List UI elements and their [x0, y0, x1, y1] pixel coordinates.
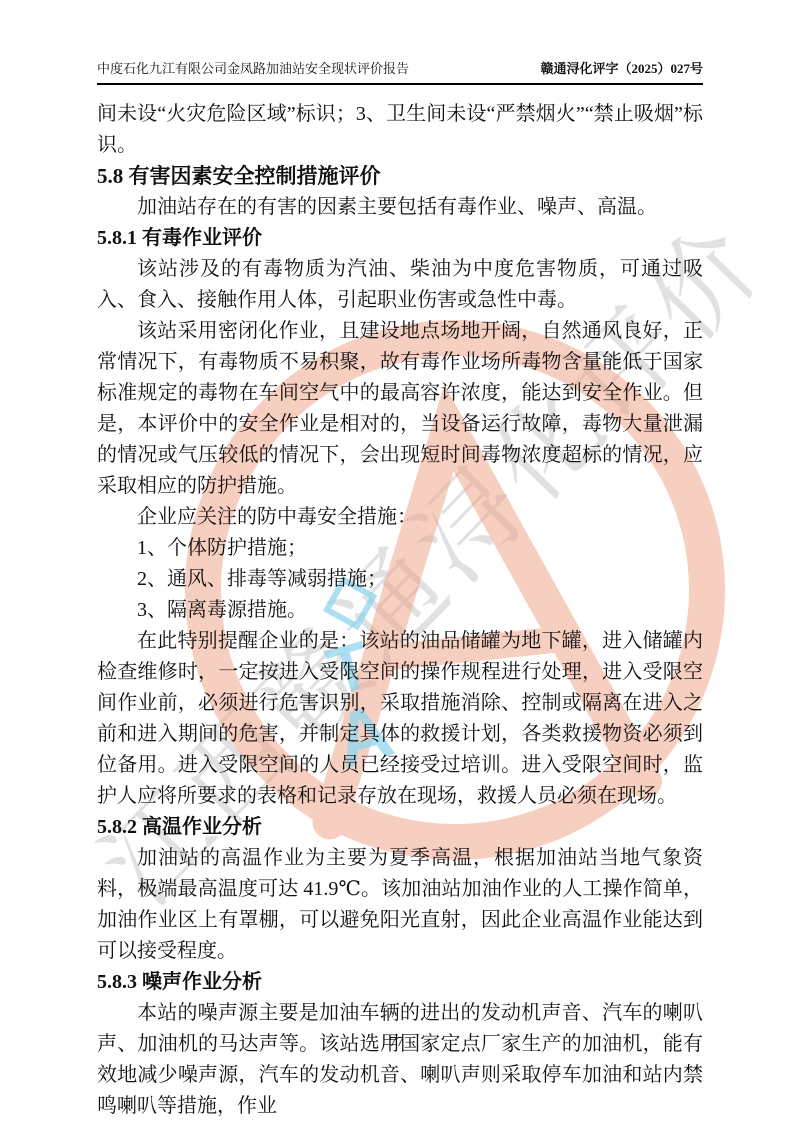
header-document-number: 赣通浔化评字（2025）027号	[540, 60, 703, 78]
paragraph-continuation: 间未设“火灾危险区域”标识；3、卫生间未设“严禁烟火”“禁止吸烟”标识。	[97, 99, 703, 161]
document-body: 间未设“火灾危险区域”标识；3、卫生间未设“严禁烟火”“禁止吸烟”标识。 5.8…	[97, 99, 703, 1122]
paragraph: 企业应关注的防中毒安全措施：	[97, 502, 703, 533]
header-report-title: 中度石化九江有限公司金凤路加油站安全现状评价报告	[97, 60, 409, 78]
section-heading-5-8-1: 5.8.1 有毒作业评价	[97, 223, 703, 254]
paragraph: 该站涉及的有毒物质为汽油、柴油为中度危害物质，可通过吸入、食入、接触作用人体，引…	[97, 254, 703, 316]
list-item-1: 1、个体防护措施；	[97, 533, 703, 564]
section-heading-5-8: 5.8 有害因素安全控制措施评价	[97, 161, 703, 192]
page-footer: 77	[0, 1035, 793, 1051]
paragraph: 该站采用密闭化作业，且建设地点场地开阔，自然通风良好，正常情况下，有毒物质不易积…	[97, 316, 703, 502]
page-number: 77	[390, 1035, 404, 1050]
section-heading-5-8-2: 5.8.2 高温作业分析	[97, 812, 703, 843]
paragraph: 在此特别提醒企业的是：该站的油品储罐为地下罐，进入储罐内检查维修时，一定按进入受…	[97, 626, 703, 812]
list-item-2: 2、通风、排毒等减弱措施；	[97, 564, 703, 595]
paragraph: 加油站存在的有害的因素主要包括有毒作业、噪声、高温。	[97, 192, 703, 223]
section-heading-5-8-3: 5.8.3 噪声作业分析	[97, 967, 703, 998]
paragraph: 本站的噪声源主要是加油车辆的进出的发动机声音、汽车的喇叭声、加油机的马达声等。该…	[97, 998, 703, 1122]
document-page: 江西赣通浔化评价 T A 中度石化九江有限公司金凤路加油站安全现状评价报告 赣通…	[0, 0, 793, 1122]
paragraph: 加油站的高温作业为主要为夏季高温，根据加油站当地气象资料，极端最高温度可达 41…	[97, 843, 703, 967]
page-header: 中度石化九江有限公司金凤路加油站安全现状评价报告 赣通浔化评字（2025）027…	[97, 60, 703, 85]
list-item-3: 3、隔离毒源措施。	[97, 595, 703, 626]
